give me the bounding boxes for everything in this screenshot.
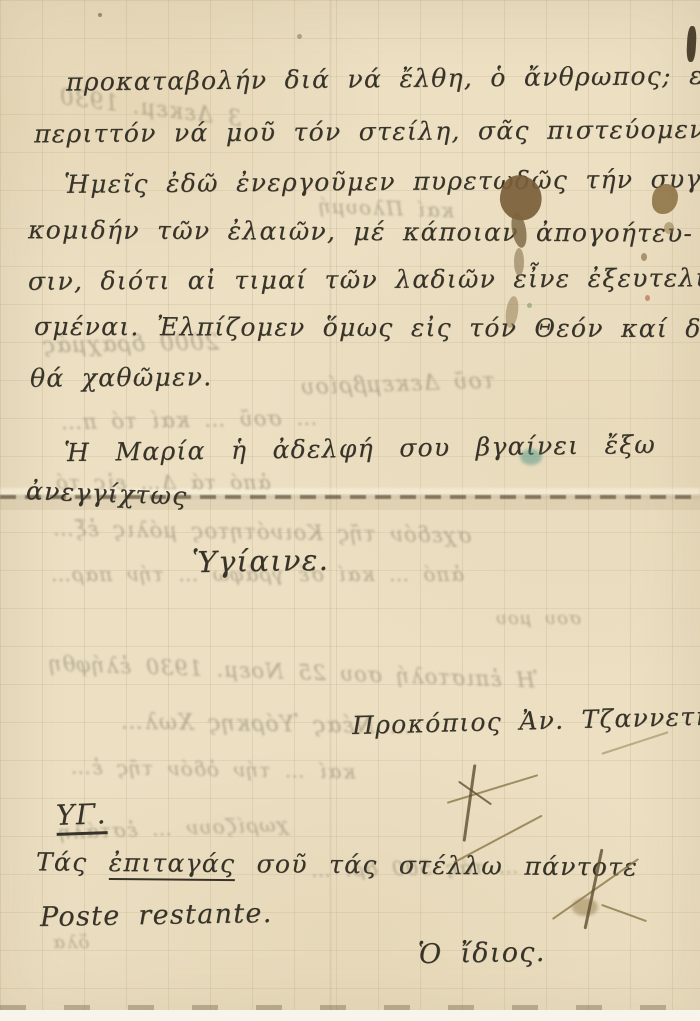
handwritten-line: θά χαθῶμεν.: [30, 362, 213, 393]
handwritten-line: ἀνεγγίχτως: [26, 476, 188, 511]
ink-blot-edge-small: [664, 222, 674, 234]
postscript-underlined-word: ἐπιταγάς: [109, 848, 236, 881]
speck-green: [527, 303, 532, 308]
postscript-heading-text: ΥΓ.: [55, 797, 107, 836]
handwritten-line: σμέναι. Ἐλπίζομεν ὅμως εἰς τόν Θεόν καί …: [34, 312, 700, 343]
postscript-prefix: Τάς: [36, 847, 88, 876]
handwritten-line: Ἡ Μαρία ἡ ἀδελφή σου βγαίνει ἔξω: [64, 430, 656, 467]
speck: [297, 34, 302, 39]
ink-blot-edge: [652, 184, 678, 214]
farewell-line: Ὑγίαινε.: [192, 543, 330, 579]
scanner-background-strip: [0, 1010, 700, 1021]
pen-scratch: [447, 774, 538, 804]
handwritten-line: κομιδήν τῶν ἐλαιῶν, μέ κάποιαν ἀπογοήτευ…: [28, 215, 693, 247]
handwritten-line: περιττόν νά μοῦ τόν στείλη, σᾶς πιστεύομ…: [34, 115, 700, 149]
postscript-suffix: σοῦ τάς στέλλω πάντοτε: [256, 849, 638, 881]
bleedthrough-line: … σοῦ … καί τό π…: [60, 406, 318, 434]
bleedthrough-line: σου μου: [495, 608, 581, 629]
pen-scratch: [458, 781, 492, 806]
speck: [641, 253, 647, 261]
bleedthrough-line: σχεδόν τῆς Κοινότητος μόλις ἐξ…: [52, 516, 472, 547]
handwritten-line: Ἡμεῖς ἐδῶ ἐνεργοῦμεν πυρετωδῶς τήν συγ-: [64, 164, 700, 199]
bleedthrough-line: ὅλα: [52, 932, 89, 953]
letter-page: 3 Δεκεμ. 1930 καί Πλουμή 2000 δραχμάς το…: [0, 0, 700, 1021]
pen-scratch: [601, 731, 668, 755]
handwritten-line: σιν, διότι αἱ τιμαί τῶν λαδιῶν εἶνε ἐξευ…: [28, 263, 700, 296]
postscript-line: Τάς ἐπιταγάς σοῦ τάς στέλλω πάντοτε: [36, 847, 638, 881]
blue-green-smudge: [520, 449, 542, 465]
speck: [98, 13, 102, 17]
handwritten-line: προκαταβολήν διά νά ἔλθη, ὁ ἄνθρωπος; εἶ…: [66, 60, 700, 96]
ink-smear-right-edge: [686, 26, 697, 62]
bleedthrough-line: τοῦ Δεκεμβρίου: [300, 369, 496, 401]
closing-line: Ὁ ἴδιος.: [418, 937, 546, 970]
signature: Προκόπιος Ἀν. Τζαννετής.: [352, 701, 700, 740]
ink-blot-drip: [514, 248, 524, 276]
bleedthrough-line: Ἡ ἐπιστολή σου 25 Νοεμ. 1930 ἐλήφθη: [48, 651, 538, 692]
postscript-heading: ΥΓ.: [55, 797, 107, 832]
poste-restante-line: Poste restante.: [40, 898, 273, 933]
pen-scratch: [463, 764, 477, 842]
pen-scratch: [601, 904, 647, 922]
bleedthrough-line: καί … τήν ὁδόν τῆς ἐ…: [70, 755, 356, 784]
speck-red: [645, 295, 650, 301]
